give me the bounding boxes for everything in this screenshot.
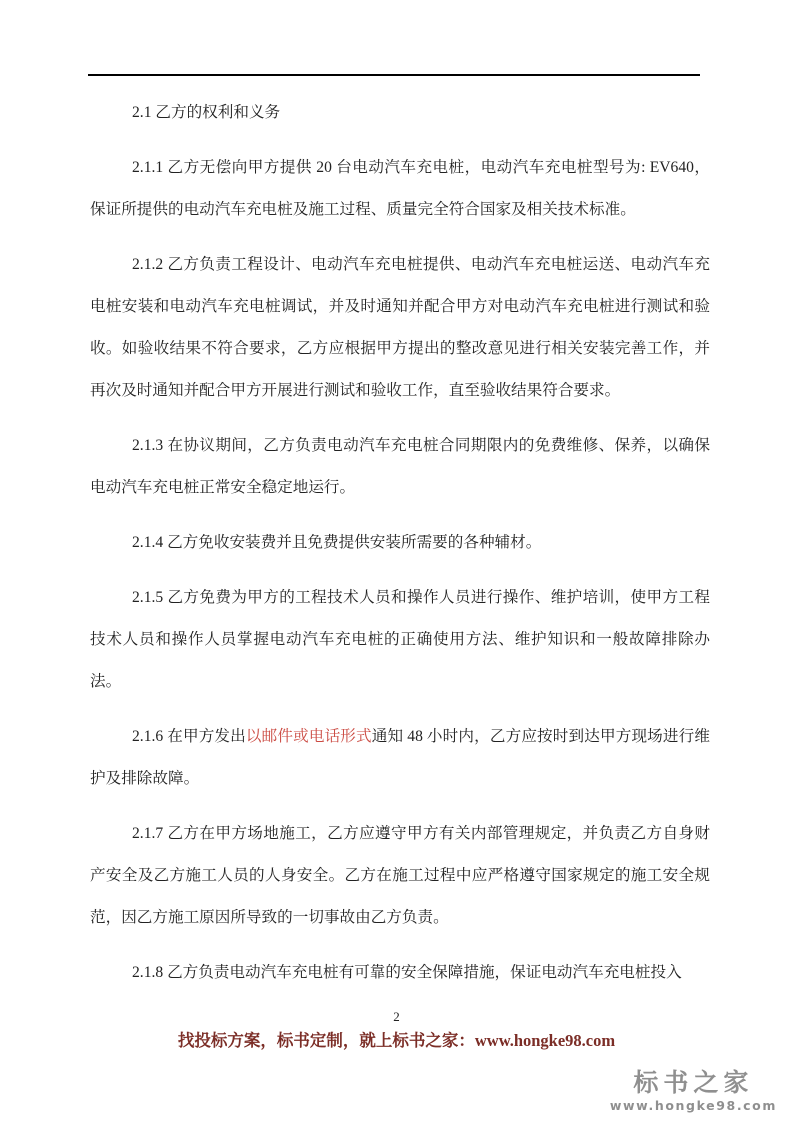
clause-2-1-1: 2.1.1 乙方无偿向甲方提供 20 台电动汽车充电桩，电动汽车充电桩型号为: … xyxy=(90,147,710,231)
clause-2-1-5: 2.1.5 乙方免费为甲方的工程技术人员和操作人员进行操作、维护培训，使甲方工程… xyxy=(90,577,710,703)
clause-2-1-3: 2.1.3 在协议期间，乙方负责电动汽车充电桩合同期限内的免费维修、保养，以确保… xyxy=(90,425,710,509)
watermark: 标书之家 www.hongke98.com xyxy=(610,1068,777,1114)
clause-2-1-2: 2.1.2 乙方负责工程设计、电动汽车充电桩提供、电动汽车充电桩运送、电动汽车充… xyxy=(90,244,710,412)
clause-2-1-6: 2.1.6 在甲方发出以邮件或电话形式通知 48 小时内，乙方应按时到达甲方现场… xyxy=(90,716,710,800)
header-rule xyxy=(88,74,700,76)
document-body: 2.1 乙方的权利和义务 2.1.1 乙方无偿向甲方提供 20 台电动汽车充电桩… xyxy=(90,92,710,1007)
document-page: 2.1 乙方的权利和义务 2.1.1 乙方无偿向甲方提供 20 台电动汽车充电桩… xyxy=(0,0,793,1122)
clause-2-1-6-red-highlight: 以邮件或电话形式 xyxy=(246,728,372,745)
clause-2-1-4: 2.1.4 乙方免收安装费并且免费提供安装所需要的各种辅材。 xyxy=(90,522,710,564)
watermark-url: www.hongke98.com xyxy=(610,1098,777,1114)
footer-promo-text: 找投标方案，标书定制，就上标书之家：www.hongke98.com xyxy=(0,1028,793,1054)
clause-2-1-6-text-before: 2.1.6 在甲方发出 xyxy=(132,728,246,745)
clause-2-1-8: 2.1.8 乙方负责电动汽车充电桩有可靠的安全保障措施，保证电动汽车充电桩投入 xyxy=(90,952,710,994)
watermark-brand-logo: 标书之家 xyxy=(610,1068,777,1098)
clause-2-1-7: 2.1.7 乙方在甲方场地施工，乙方应遵守甲方有关内部管理规定，并负责乙方自身财… xyxy=(90,813,710,939)
page-number: 2 xyxy=(0,1006,793,1028)
section-heading: 2.1 乙方的权利和义务 xyxy=(90,92,710,134)
